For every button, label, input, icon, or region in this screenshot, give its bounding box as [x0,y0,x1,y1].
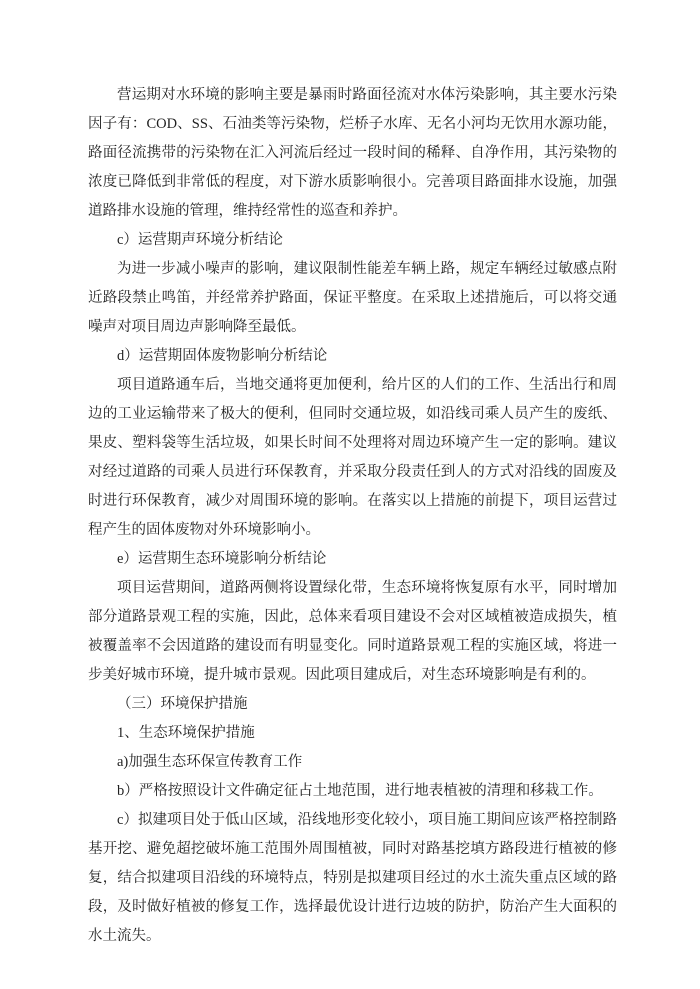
body-paragraph-solid-waste: 项目道路通车后，当地交通将更加便利，给片区的人们的工作、生活出行和周边的工业运输… [88,371,617,545]
section-heading-solid-waste-conclusion: d）运营期固体废物影响分析结论 [88,342,617,371]
list-item-b-land-scope: b）严格按照设计文件确定征占土地范围，进行地表植被的清理和移栽工作。 [88,777,617,806]
body-paragraph-ecology: 项目运营期间，道路两侧将设置绿化带，生态环境将恢复原有水平，同时增加部分道路景观… [88,574,617,690]
document-body: 营运期对水环境的影响主要是暴雨时路面径流对水体污染影响，其主要水污染因子有：CO… [88,81,617,951]
body-paragraph-noise: 为进一步减小噪声的影响，建议限制性能差车辆上路，规定车辆经过敏感点附近路段禁止鸣… [88,255,617,342]
list-item-c-roadbed: c）拟建项目处于低山区域，沿线地形变化较小，项目施工期间应该严格控制路基开挖、避… [88,806,617,951]
body-paragraph-operation-water: 营运期对水环境的影响主要是暴雨时路面径流对水体污染影响，其主要水污染因子有：CO… [88,81,617,226]
section-heading-eco-protection-measures: 1、生态环境保护措施 [88,719,617,748]
section-heading-ecology-conclusion: e）运营期生态环境影响分析结论 [88,545,617,574]
section-heading-protection-measures: （三）环境保护措施 [88,690,617,719]
section-heading-noise-conclusion: c）运营期声环境分析结论 [88,226,617,255]
document-page: 营运期对水环境的影响主要是暴雨时路面径流对水体污染影响，其主要水污染因子有：CO… [0,0,700,989]
list-item-a-education: a)加强生态环保宣传教育工作 [88,748,617,777]
